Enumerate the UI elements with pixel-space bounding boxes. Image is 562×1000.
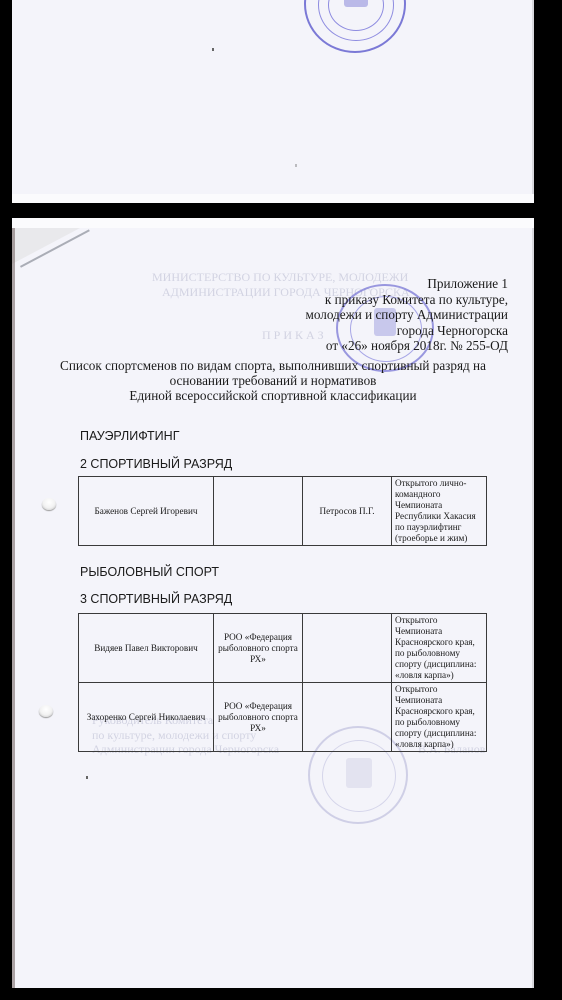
athlete-name: Баженов Сергей Игоревич	[79, 477, 214, 546]
athlete-coach: Петросов П.Г.	[303, 477, 392, 546]
rank-heading-2: 2 СПОРТИВНЫЙ РАЗРЯД	[80, 457, 232, 471]
table-row: Баженов Сергей Игоревич Петросов П.Г. От…	[79, 477, 487, 546]
competition: Открытого Чемпионата Красноярского края,…	[392, 683, 487, 752]
folded-corner	[12, 228, 80, 264]
appendix-committee: молодежи и спорту Администрации	[306, 307, 509, 323]
athlete-organization: РОО «Федерация рыболовного спорта РХ»	[214, 614, 303, 683]
sport-heading-fishing: РЫБОЛОВНЫЙ СПОРТ	[80, 565, 219, 579]
official-seal-stamp	[304, 0, 406, 53]
appendix-number: Приложение 1	[306, 276, 509, 292]
athlete-organization	[214, 477, 303, 546]
athlete-coach	[303, 614, 392, 683]
competition: Открытого лично-командного Чемпионата Ре…	[392, 477, 487, 546]
powerlifting-table: Баженов Сергей Игоревич Петросов П.Г. От…	[78, 476, 487, 546]
athlete-coach	[303, 683, 392, 752]
appendix-page: МИНИСТЕРСТВО ПО КУЛЬТУРЕ, МОЛОДЕЖИ АДМИН…	[12, 218, 534, 988]
table-row: Захоренко Сергей Николаевич РОО «Федерац…	[79, 683, 487, 752]
table-row: Видяев Павел Викторович РОО «Федерация р…	[79, 614, 487, 683]
document-title: Список спортсменов по видам спорта, выпо…	[26, 358, 520, 403]
athlete-name: Захоренко Сергей Николаевич	[79, 683, 214, 752]
athlete-name: Видяев Павел Викторович	[79, 614, 214, 683]
punch-hole	[39, 705, 53, 717]
punch-hole	[42, 498, 56, 510]
coat-of-arms-icon	[344, 0, 368, 7]
rank-heading-3: 3 СПОРТИВНЫЙ РАЗРЯД	[80, 592, 232, 606]
athlete-organization: РОО «Федерация рыболовного спорта РХ»	[214, 683, 303, 752]
previous-page	[12, 0, 534, 203]
fishing-table: Видяев Павел Викторович РОО «Федерация р…	[78, 613, 487, 752]
appendix-date-number: от «26» ноября 2018г. № 255-ОД	[306, 338, 509, 354]
competition: Открытого Чемпионата Красноярского края,…	[392, 614, 487, 683]
appendix-header: Приложение 1 к приказу Комитета по культ…	[306, 276, 509, 354]
appendix-city: города Черногорска	[306, 323, 509, 339]
appendix-order-ref: к приказу Комитета по культуре,	[306, 292, 509, 308]
sport-heading-powerlifting: ПАУЭРЛИФТИНГ	[80, 429, 179, 443]
